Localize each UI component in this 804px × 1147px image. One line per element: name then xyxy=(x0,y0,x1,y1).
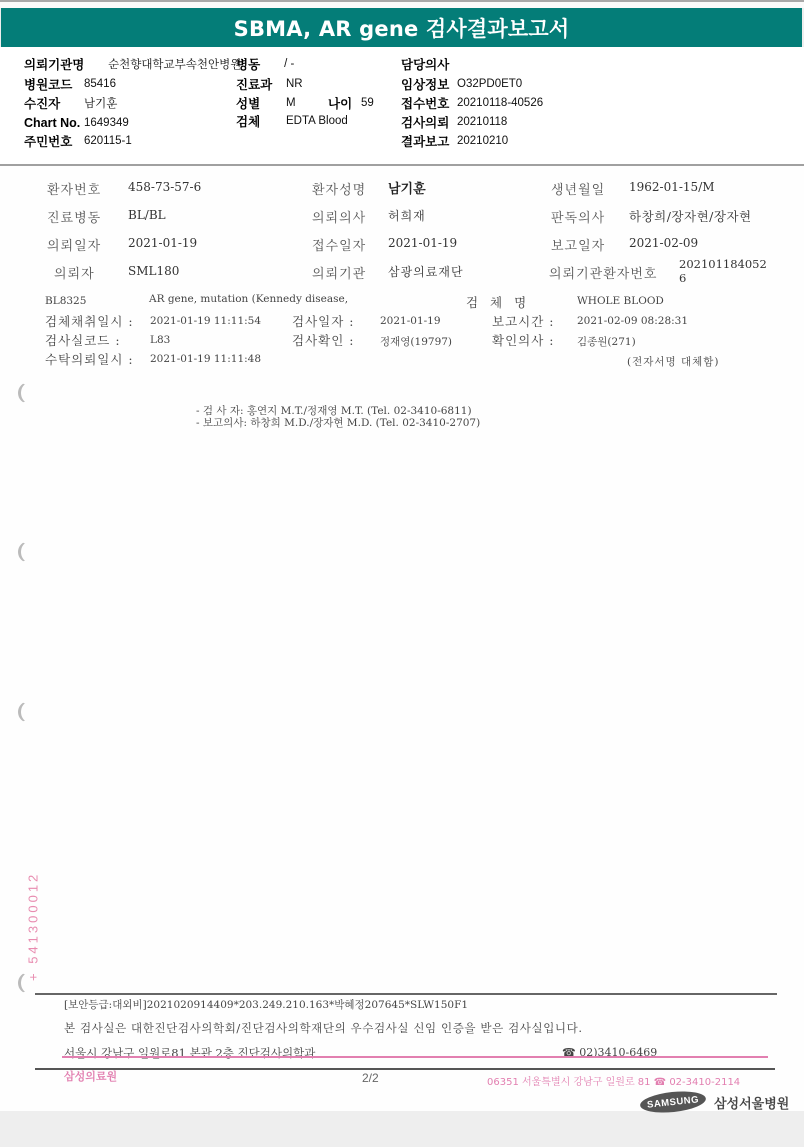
result-report-label: 결과보고 xyxy=(401,132,457,150)
confirm-doctor-label: 확인의사 : xyxy=(492,331,555,349)
ward-value: BL/BL xyxy=(128,208,166,222)
institution-label: 의뢰기관명 xyxy=(24,55,108,73)
specimen-label: 검체 xyxy=(236,112,286,130)
header-row-dept: 진료과 NR xyxy=(236,75,303,93)
request-date-label: 의뢰일자 xyxy=(47,235,101,254)
ward-label: 진료병동 xyxy=(47,207,101,226)
pink-underline xyxy=(62,1056,768,1058)
age-label: 나이 xyxy=(328,94,361,112)
ref-doctor-label: 의뢰의사 xyxy=(312,207,366,226)
collect-time-value: 2021-01-19 11:11:54 xyxy=(150,315,261,327)
report-page: SBMA, AR gene 검사결과보고서 의뢰기관명 순천향대학교부속천안병원… xyxy=(0,0,804,1147)
header-row-attending: 담당의사 xyxy=(401,55,457,73)
report-time-value: 2021-02-09 08:28:31 xyxy=(577,315,688,327)
hospital-name: 삼성서울병원 xyxy=(714,1093,789,1112)
clinical-info-value: O32PD0ET0 xyxy=(457,78,522,90)
birth-value: 1962-01-15/M xyxy=(629,180,715,194)
result-report-value: 20210210 xyxy=(457,135,508,147)
chart-no-value: 1649349 xyxy=(84,117,129,129)
header-row-result-report: 결과보고 20210210 xyxy=(401,132,508,150)
reading-doctor-label: 판독의사 xyxy=(551,207,605,226)
patient-value: 남기훈 xyxy=(84,95,117,111)
test-request-label: 검사의뢰 xyxy=(401,113,457,131)
hospital-address: 06351 서울특별시 강남구 일원로 81 ☎ 02-3410-2114 xyxy=(487,1073,740,1088)
institution-value: 순천향대학교부속천안병원 xyxy=(108,56,241,72)
footer-bottom-rule xyxy=(35,1068,775,1070)
esign-note: (전자서명 대체함) xyxy=(627,354,720,369)
receipt-no-label: 접수번호 xyxy=(401,94,457,112)
receipt-no-value: 20210118-40526 xyxy=(457,97,543,109)
test-request-value: 20210118 xyxy=(457,116,507,128)
foundation-name: 삼성의료원 xyxy=(64,1068,117,1084)
test-date-label: 검사일자 : xyxy=(292,312,355,330)
confirm-doctor-value: 김종원(271) xyxy=(577,334,636,349)
verify-value: 정재영(19797) xyxy=(380,334,452,349)
specimen-name-label: 검 체 명 xyxy=(466,293,530,311)
age-value: 59 xyxy=(361,97,374,109)
report-date-label: 보고일자 xyxy=(551,235,605,254)
header-row-ward: 병동 / - xyxy=(236,55,294,73)
report-title: SBMA, AR gene 검사결과보고서 xyxy=(234,13,570,43)
consign-time-value: 2021-01-19 11:11:48 xyxy=(150,353,261,365)
header-row-patient: 수진자 남기훈 xyxy=(24,94,117,112)
ref-inst-label: 의뢰기관 xyxy=(312,263,366,282)
receipt-date-label: 접수일자 xyxy=(312,235,366,254)
header-row-specimen: 검체 EDTA Blood xyxy=(236,112,348,130)
page-number: 2/2 xyxy=(362,1071,379,1085)
dept-label: 진료과 xyxy=(236,75,286,93)
report-title-bar: SBMA, AR gene 검사결과보고서 xyxy=(1,8,802,47)
ref-inst-patient-no-line2: 6 xyxy=(679,271,686,285)
lab-address: 서울시 강남구 일원로81 본관 2층 진단검사의학과 xyxy=(64,1045,315,1061)
patient-label: 수진자 xyxy=(24,94,84,112)
header-info-panel: 의뢰기관명 순천향대학교부속천안병원 병원코드 85416 수진자 남기훈 Ch… xyxy=(0,47,804,165)
patient-name-label: 환자성명 xyxy=(312,179,366,198)
test-code: BL8325 xyxy=(45,295,86,307)
request-date-value: 2021-01-19 xyxy=(128,236,197,250)
ref-inst-value: 삼광의료재단 xyxy=(388,263,464,280)
patient-name-value: 남기훈 xyxy=(388,178,426,197)
ref-inst-patient-no-label: 의뢰기관환자번호 xyxy=(549,263,657,282)
reading-doctor-value: 하창희/장자현/장자현 xyxy=(629,207,752,225)
hospital-code-value: 85416 xyxy=(84,78,116,90)
attending-label: 담당의사 xyxy=(401,55,457,73)
patient-no-value: 458-73-57-6 xyxy=(128,180,201,194)
resident-no-label: 주민번호 xyxy=(24,132,84,150)
ward-value: / - xyxy=(284,58,294,70)
side-serial-code: + 541300012 xyxy=(22,862,44,990)
test-name: AR gene, mutation (Kennedy disease, xyxy=(149,293,348,305)
certification-line: 본 검사실은 대한진단검사의학회/진단검사의학재단의 우수검사실 신임 인증을 … xyxy=(64,1020,583,1036)
ref-doctor-value: 허희재 xyxy=(388,207,426,224)
verify-label: 검사확인 : xyxy=(292,331,355,349)
hospital-code-label: 병원코드 xyxy=(24,75,84,93)
sex-label: 성별 xyxy=(236,94,286,112)
specimen-name-value: WHOLE BLOOD xyxy=(577,295,664,307)
header-row-chart: Chart No. 1649349 xyxy=(24,114,129,132)
clinical-info-label: 임상정보 xyxy=(401,75,457,93)
security-line: [보안등급:대외비]2021020914409*203.249.210.163*… xyxy=(64,997,468,1012)
header-row-receipt-no: 접수번호 20210118-40526 xyxy=(401,94,543,112)
collect-time-label: 검체채취일시 : xyxy=(45,312,134,330)
birth-label: 생년월일 xyxy=(551,179,605,198)
resident-no-value: 620115-1 xyxy=(84,135,132,147)
chart-no-label: Chart No. xyxy=(24,116,84,130)
reporter-line: - 보고의사: 하창희 M.D./장자현 M.D. (Tel. 02-3410-… xyxy=(196,415,480,430)
receipt-date-value: 2021-01-19 xyxy=(388,236,457,250)
requester-label: 의뢰자 xyxy=(54,263,95,282)
footer-top-rule xyxy=(35,993,777,995)
specimen-value: EDTA Blood xyxy=(286,115,348,127)
lab-code-label: 검사실코드 : xyxy=(45,331,121,349)
report-date-value: 2021-02-09 xyxy=(629,236,698,250)
consign-time-label: 수탁의뢰일시 : xyxy=(45,350,134,368)
header-row-test-request: 검사의뢰 20210118 xyxy=(401,113,507,131)
lab-code-value: L83 xyxy=(150,334,170,346)
requester-value: SML180 xyxy=(128,264,179,278)
scanned-report-body: 환자번호 458-73-57-6 환자성명 남기훈 생년월일 1962-01-1… xyxy=(0,166,804,1111)
bottom-margin xyxy=(0,1136,804,1147)
sex-value: M xyxy=(286,97,328,109)
dept-value: NR xyxy=(286,78,303,90)
patient-no-label: 환자번호 xyxy=(47,179,101,198)
header-row-hospital-code: 병원코드 85416 xyxy=(24,75,116,93)
ward-label: 병동 xyxy=(236,55,260,73)
samsung-logo-text: SAMSUNG xyxy=(647,1094,700,1110)
header-row-sex-age: 성별 M 나이 59 xyxy=(236,94,374,112)
header-row-institution: 의뢰기관명 순천향대학교부속천안병원 xyxy=(24,55,241,73)
ref-inst-patient-no-line1: 202101184052 xyxy=(679,257,767,271)
report-time-label: 보고시간 : xyxy=(492,312,555,330)
header-row-clinical-info: 임상정보 O32PD0ET0 xyxy=(401,75,522,93)
header-row-resident-no: 주민번호 620115-1 xyxy=(24,132,132,150)
test-date-value: 2021-01-19 xyxy=(380,315,441,327)
